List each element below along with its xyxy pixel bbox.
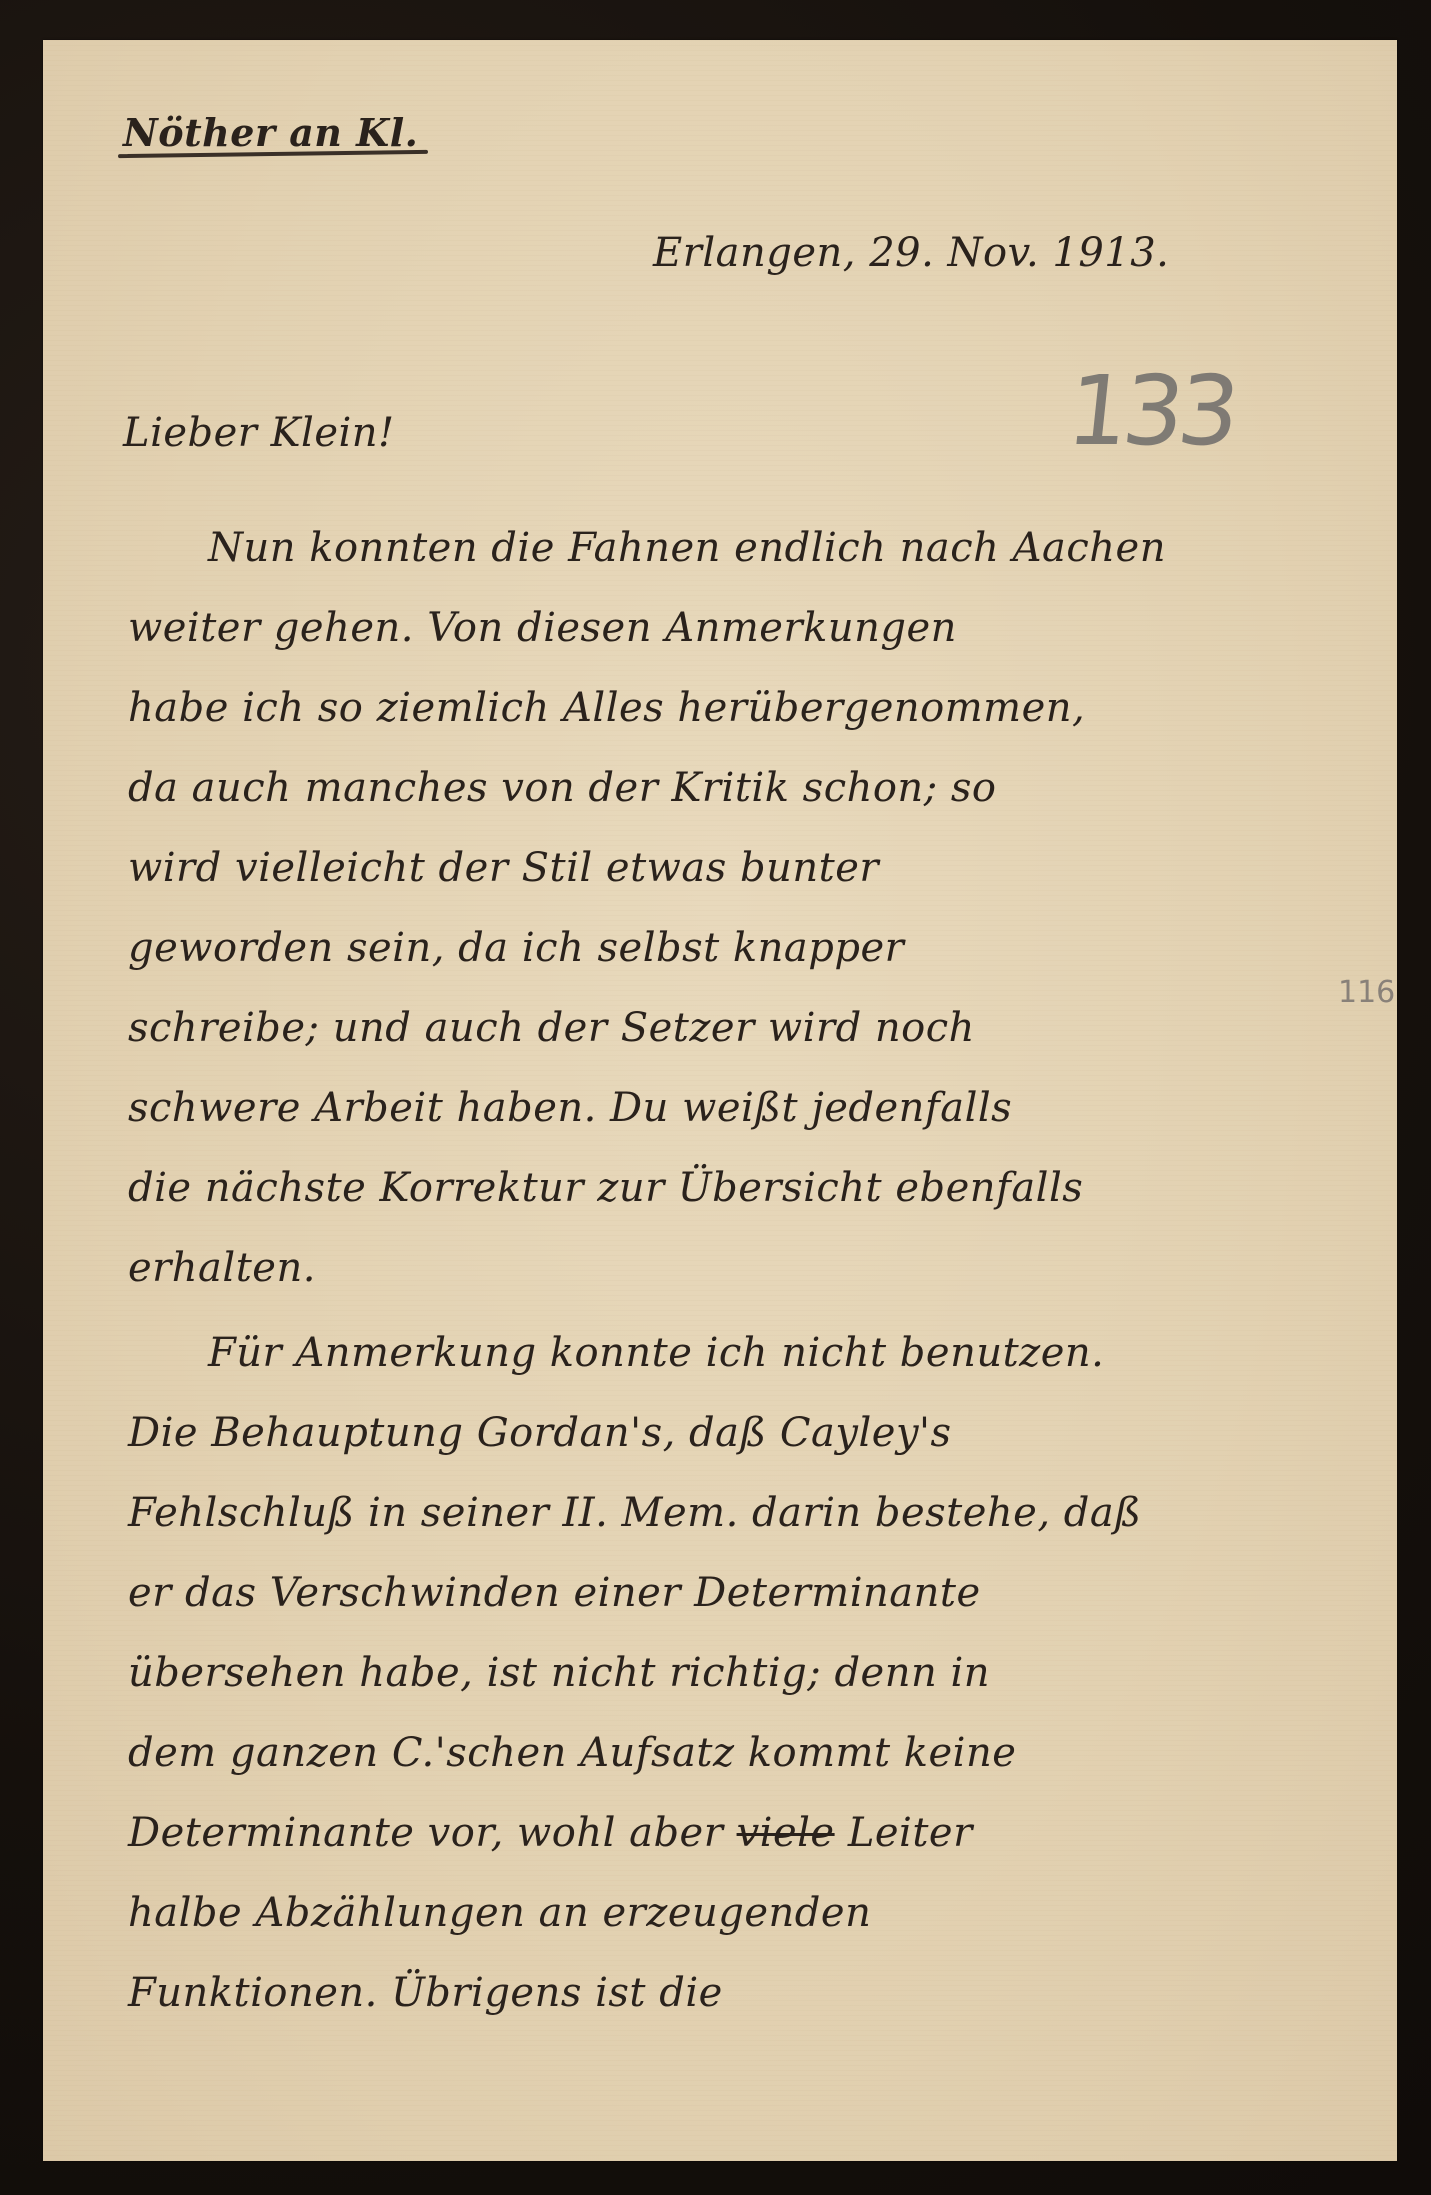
letter-line: weiter gehen. Von diesen Anmerkungen — [128, 605, 957, 651]
letter-line: schwere Arbeit haben. Du weißt jedenfall… — [128, 1085, 1012, 1131]
letter-line: die nächste Korrektur zur Übersicht eben… — [128, 1165, 1083, 1211]
letter-sheet: Nöther an Kl. Erlangen, 29. Nov. 1913. 1… — [43, 40, 1397, 2161]
letter-line: Für Anmerkung konnte ich nicht benutzen. — [208, 1330, 1104, 1376]
letter-line-tail: Leiter — [848, 1810, 973, 1856]
place-date: Erlangen, 29. Nov. 1913. — [653, 230, 1169, 276]
header-note: Nöther an Kl. — [123, 110, 418, 155]
letter-line: Nun konnten die Fahnen endlich nach Aach… — [208, 525, 1166, 571]
letter-line-with-strikethrough: Determinante vor, wohl aber viele Leiter — [128, 1810, 973, 1856]
letter-line-text: Determinante vor, wohl aber — [128, 1810, 723, 1856]
letter-line: Fehlschluß in seiner II. Mem. darin best… — [128, 1490, 1141, 1536]
letter-line: übersehen habe, ist nicht richtig; denn … — [128, 1650, 990, 1696]
archive-number-pencil: 133 — [1062, 355, 1239, 467]
page-number-pencil: 116 — [1338, 975, 1395, 1010]
letter-line: dem ganzen C.'schen Aufsatz kommt keine — [128, 1730, 1016, 1776]
letter-line: erhalten. — [128, 1245, 316, 1291]
letter-line: wird vielleicht der Stil etwas bunter — [128, 845, 879, 891]
letter-line: habe ich so ziemlich Alles herübergenomm… — [128, 685, 1085, 731]
letter-line: halbe Abzählungen an erzeugenden — [128, 1890, 871, 1936]
letter-line: da auch manches von der Kritik schon; so — [128, 765, 997, 811]
letter-line: schreibe; und auch der Setzer wird noch — [128, 1005, 975, 1051]
letter-line: Funktionen. Übrigens ist die — [128, 1970, 723, 2016]
salutation: Lieber Klein! — [123, 410, 395, 456]
letter-line: Die Behauptung Gordan's, daß Cayley's — [128, 1410, 952, 1456]
letter-line: er das Verschwinden einer Determinante — [128, 1570, 981, 1616]
letter-line: geworden sein, da ich selbst knapper — [128, 925, 904, 971]
struck-word: viele — [737, 1810, 835, 1856]
